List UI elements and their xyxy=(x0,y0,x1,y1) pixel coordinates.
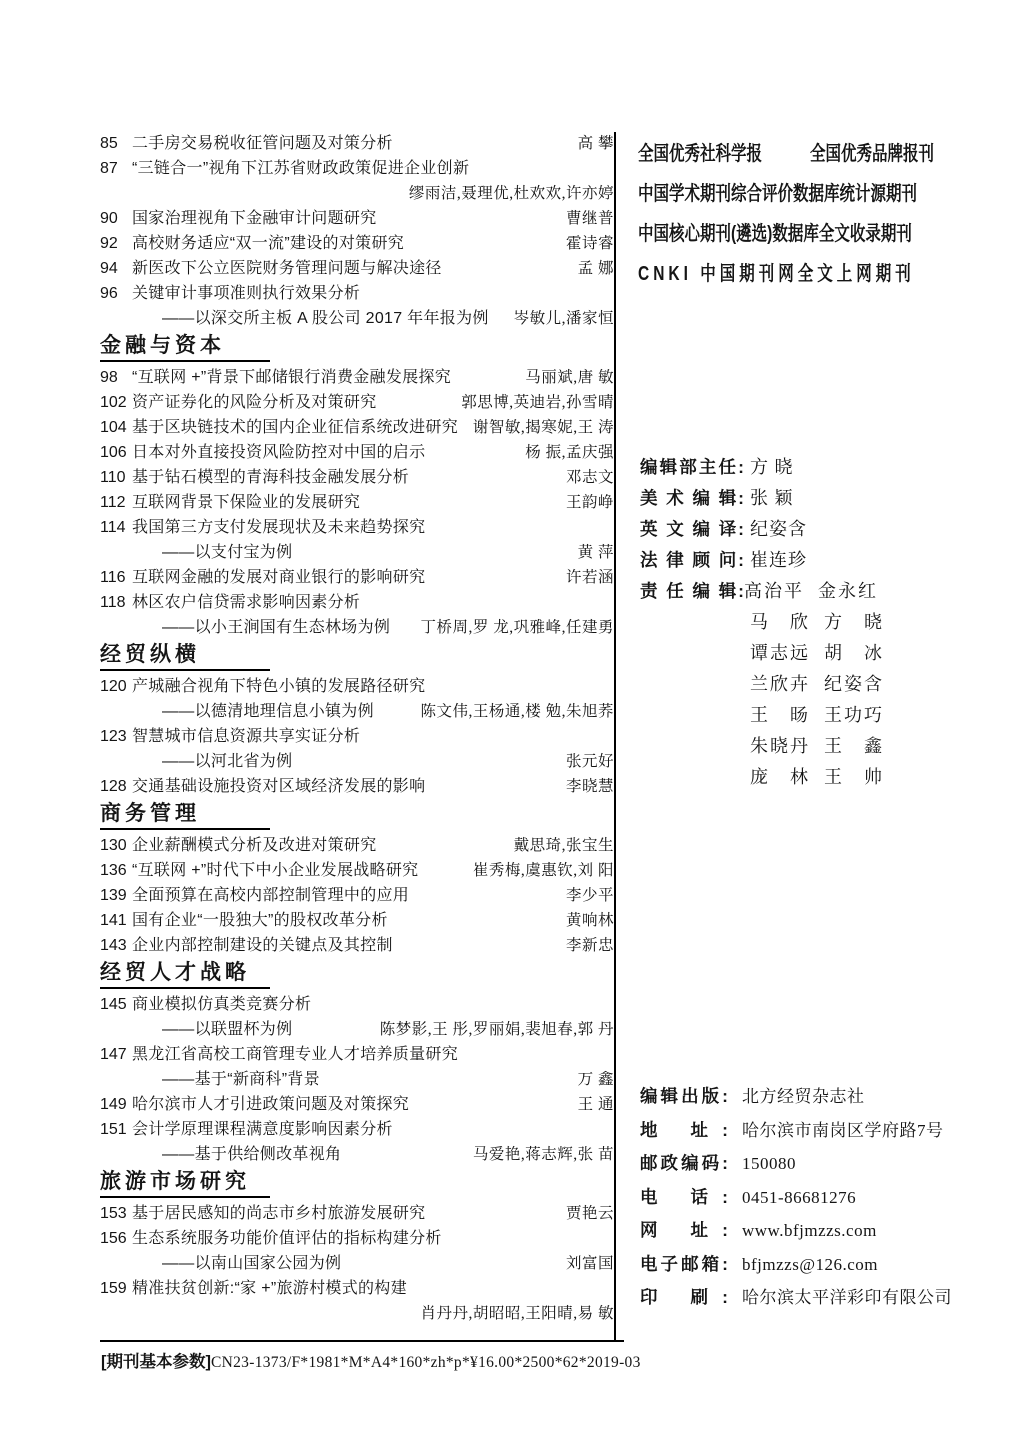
toc-entry-page-number: 151 xyxy=(100,1117,132,1142)
toc-entry-page-number: 128 xyxy=(100,774,132,799)
toc-entry-title: 企业内部控制建设的关键点及其控制 xyxy=(132,933,393,958)
toc-entry-title: 国有企业“一股独大”的股权改革分析 xyxy=(132,908,388,933)
toc-entry-subtitle-row: ——以河北省为例张元好 xyxy=(100,749,614,774)
editor-name: 方 晓 xyxy=(824,607,882,638)
editorial-person-name: 崔连珍 xyxy=(750,545,807,576)
toc-entry-authors: 缪雨洁,聂理优,杜欢欢,许亦婷 xyxy=(409,181,614,206)
toc-entry-subtitle-row: ——以南山国家公园为例刘富国 xyxy=(100,1251,614,1276)
award-text: 中国核心期刊(遴选)数据库全文收录期刊 xyxy=(638,218,912,247)
toc-entry-authors: 王韵峥 xyxy=(566,490,614,515)
toc-entry-authors: 郭思博,英迪岩,孙雪晴 xyxy=(461,390,614,415)
toc-entry-authors: 马丽斌,唐 敏 xyxy=(525,365,614,390)
toc-entry-page-number: 114 xyxy=(100,515,132,540)
toc-entry-authors: 陈文伟,王杨通,楼 勉,朱旭荞 xyxy=(420,699,614,724)
toc-entry-row: 112互联网背景下保险业的发展研究王韵峥 xyxy=(100,490,614,515)
toc-entry-authors: 曹继普 xyxy=(566,206,614,231)
toc-entry-subtitle-row: ——以德清地理信息小镇为例陈文伟,王杨通,楼 勉,朱旭荞 xyxy=(100,699,614,724)
toc-entry-authors: 高 攀 xyxy=(578,131,614,156)
toc-entry-authors: 肖丹丹,胡昭昭,王阳晴,易 敏 xyxy=(420,1301,614,1326)
toc-entry-title: 全面预算在高校内部控制管理中的应用 xyxy=(132,883,409,908)
toc-entry-page-number: 120 xyxy=(100,674,132,699)
editor-name: 庞 林 xyxy=(750,762,808,793)
publishing-field-value: 0451-86681276 xyxy=(742,1182,856,1215)
toc-entry-row: 118林区农户信贷需求影响因素分析 xyxy=(100,590,614,615)
toc-entry-page-number: 102 xyxy=(100,390,132,415)
toc-entry-row: 149哈尔滨市人才引进政策问题及对策探究王 通 xyxy=(100,1092,614,1117)
toc-section-heading: 经贸人才战略 xyxy=(100,961,270,989)
toc-entry-page-number: 87 xyxy=(100,156,132,181)
publishing-field-label: 印 刷: xyxy=(640,1281,728,1314)
footer-rule xyxy=(100,1340,624,1342)
publishing-field-value: 哈尔滨太平洋彩印有限公司 xyxy=(742,1282,952,1315)
editorial-person-name: 张 颖 xyxy=(750,483,794,514)
toc-entry-authors: 岑敏儿,潘家恒 xyxy=(514,306,614,331)
toc-entry-subtitle-row: ——以深交所主板 A 股公司 2017 年年报为例岑敏儿,潘家恒 xyxy=(100,306,614,331)
journal-awards: 全国优秀社科学报全国优秀品牌报刊中国学术期刊综合评价数据库统计源期刊中国核心期刊… xyxy=(638,132,934,292)
toc-entry-page-number: 112 xyxy=(100,490,132,515)
toc-entry-subtitle: ——以河北省为例 xyxy=(162,749,292,774)
toc-entry-row: 94新医改下公立医院财务管理问题与解决途径孟 娜 xyxy=(100,256,614,281)
publishing-field-value: 哈尔滨市南岗区学府路7号 xyxy=(742,1115,944,1148)
editor-name: 兰欣卉 xyxy=(750,669,808,700)
toc-entry-title: 基于钻石模型的青海科技金融发展分析 xyxy=(132,465,409,490)
toc-entry-page-number: 85 xyxy=(100,131,132,156)
toc-entry-row: 114我国第三方支付发展现状及未来趋势探究 xyxy=(100,515,614,540)
publishing-row: 电 话:0451-86681276 xyxy=(640,1181,952,1215)
toc-entry-authors-row: 肖丹丹,胡昭昭,王阳晴,易 敏 xyxy=(100,1301,614,1326)
publishing-field-label: 编辑出版: xyxy=(640,1080,728,1113)
toc-entry-title: “互联网 +”时代下中小企业发展战略研究 xyxy=(132,858,418,883)
journal-parameters-label: [期刊基本参数] xyxy=(101,1353,211,1371)
toc-entry-row: 87“三链合一”视角下江苏省财政政策促进企业创新 xyxy=(100,156,614,181)
toc-entry-row: 159精准扶贫创新:“家 +”旅游村模式的构建 xyxy=(100,1276,614,1301)
toc-entry-title: 企业薪酬模式分析及改进对策研究 xyxy=(132,833,377,858)
editorial-row: 王 旸王功巧 xyxy=(640,700,882,731)
toc-entry-subtitle: ——以德清地理信息小镇为例 xyxy=(162,699,374,724)
publishing-field-value: 150080 xyxy=(742,1148,796,1181)
toc-entry-row: 96关键审计事项准则执行效果分析 xyxy=(100,281,614,306)
toc-entry-row: 128交通基础设施投资对区域经济发展的影响李晓慧 xyxy=(100,774,614,799)
publishing-row: 网 址:www.bfjmzzs.com xyxy=(640,1214,952,1248)
publishing-field-label: 地 址: xyxy=(640,1114,728,1147)
toc-entry-title: 基于区块链技术的国内企业征信系统改进研究 xyxy=(132,415,458,440)
toc-entry-row: 120产城融合视角下特色小镇的发展路径研究 xyxy=(100,674,614,699)
publishing-field-label: 邮政编码: xyxy=(640,1147,728,1180)
toc-entry-subtitle: ——以深交所主板 A 股公司 2017 年年报为例 xyxy=(162,306,489,331)
toc-section-heading: 旅游市场研究 xyxy=(100,1170,270,1198)
toc-entry-subtitle: ——以小王涧国有生态林场为例 xyxy=(162,615,390,640)
toc-entry-title: 商业模拟仿真类竞赛分析 xyxy=(132,992,311,1017)
toc-entry-title: 产城融合视角下特色小镇的发展路径研究 xyxy=(132,674,425,699)
toc-entry-page-number: 130 xyxy=(100,833,132,858)
editorial-row: 责 任 编 辑:高治平金永红 xyxy=(640,576,882,607)
editor-name: 王 帅 xyxy=(824,762,882,793)
toc-section-heading: 商务管理 xyxy=(100,802,270,830)
award-text: 中国学术期刊综合评价数据库统计源期刊 xyxy=(638,178,917,207)
toc-entry-row: 147黑龙江省高校工商管理专业人才培养质量研究 xyxy=(100,1042,614,1067)
toc-entry-authors: 贾艳云 xyxy=(566,1201,614,1226)
toc-entry-page-number: 98 xyxy=(100,365,132,390)
toc-entry-authors: 邓志文 xyxy=(566,465,614,490)
toc-entry-page-number: 136 xyxy=(100,858,132,883)
journal-parameters-value: CN23-1373/F*1981*M*A4*160*zh*p*¥16.00*25… xyxy=(211,1354,641,1371)
toc-entry-page-number: 92 xyxy=(100,231,132,256)
publishing-info-block: 编辑出版:北方经贸杂志社地 址:哈尔滨市南岗区学府路7号邮政编码:150080电… xyxy=(640,1080,952,1315)
toc-entry-page-number: 110 xyxy=(100,465,132,490)
toc-entry-page-number: 147 xyxy=(100,1042,132,1067)
editorial-row: 兰欣卉纪姿含 xyxy=(640,669,882,700)
toc-entry-title: 日本对外直接投资风险防控对中国的启示 xyxy=(132,440,425,465)
award-line: CNKI 中国期刊网全文上网期刊 xyxy=(638,246,934,298)
toc-entry-title: 资产证券化的风险分析及对策研究 xyxy=(132,390,377,415)
toc-entry-row: 98“互联网 +”背景下邮储银行消费金融发展探究马丽斌,唐 敏 xyxy=(100,365,614,390)
editorial-row: 谭志远胡 冰 xyxy=(640,638,882,669)
toc-entry-authors: 万 鑫 xyxy=(578,1067,614,1092)
editor-name: 王 旸 xyxy=(750,700,808,731)
editorial-person-name: 方 晓 xyxy=(750,452,794,483)
editor-name: 朱晓丹 xyxy=(750,731,808,762)
editorial-role-label: 法 律 顾 问: xyxy=(640,545,744,576)
toc-entry-authors-row: 缪雨洁,聂理优,杜欢欢,许亦婷 xyxy=(100,181,614,206)
editor-name: 马 欣 xyxy=(750,607,808,638)
toc-entry-subtitle: ——以联盟杯为例 xyxy=(162,1017,292,1042)
toc-entry-authors: 谢智敏,揭寒妮,王 涛 xyxy=(473,415,614,440)
editorial-row: 法 律 顾 问:崔连珍 xyxy=(640,545,882,576)
toc-entry-page-number: 141 xyxy=(100,908,132,933)
toc-entry-title: “互联网 +”背景下邮储银行消费金融发展探究 xyxy=(132,365,451,390)
journal-toc-page: { "awards": { "lines": [ {"parts": ["全国优… xyxy=(0,0,1024,1448)
toc-entry-title: 林区农户信贷需求影响因素分析 xyxy=(132,590,360,615)
editor-name: 金永红 xyxy=(818,576,876,607)
toc-entry-subtitle: ——以南山国家公园为例 xyxy=(162,1251,341,1276)
toc-entry-title: 交通基础设施投资对区域经济发展的影响 xyxy=(132,774,425,799)
toc-entry-page-number: 149 xyxy=(100,1092,132,1117)
publishing-row: 地 址:哈尔滨市南岗区学府路7号 xyxy=(640,1114,952,1148)
award-text: 全国优秀社科学报 xyxy=(638,138,762,167)
toc-entry-title: “三链合一”视角下江苏省财政政策促进企业创新 xyxy=(132,156,469,181)
toc-entry-page-number: 94 xyxy=(100,256,132,281)
toc-entry-page-number: 156 xyxy=(100,1226,132,1251)
toc-entry-row: 116互联网金融的发展对商业银行的影响研究许若涵 xyxy=(100,565,614,590)
toc-entry-subtitle: ——基于供给侧改革视角 xyxy=(162,1142,341,1167)
editor-name: 王功巧 xyxy=(824,700,882,731)
toc-entry-row: 92高校财务适应“双一流”建设的对策研究霍诗睿 xyxy=(100,231,614,256)
toc-entry-row: 104基于区块链技术的国内企业征信系统改进研究谢智敏,揭寒妮,王 涛 xyxy=(100,415,614,440)
toc-entry-authors: 黄 萍 xyxy=(578,540,614,565)
toc-section-heading: 经贸纵横 xyxy=(100,643,270,671)
toc-entry-page-number: 96 xyxy=(100,281,132,306)
toc-entry-row: 153基于居民感知的尚志市乡村旅游发展研究贾艳云 xyxy=(100,1201,614,1226)
toc-entry-authors: 陈梦影,王 彤,罗丽娟,裴旭春,郭 丹 xyxy=(380,1017,614,1042)
toc-section-heading: 金融与资本 xyxy=(100,334,270,362)
toc-entry-row: 123智慧城市信息资源共享实证分析 xyxy=(100,724,614,749)
toc-entry-row: 106日本对外直接投资风险防控对中国的启示杨 振,孟庆强 xyxy=(100,440,614,465)
toc-entry-subtitle-row: ——以支付宝为例黄 萍 xyxy=(100,540,614,565)
toc-entry-title: 新医改下公立医院财务管理问题与解决途径 xyxy=(132,256,442,281)
toc-entry-title: 高校财务适应“双一流”建设的对策研究 xyxy=(132,231,404,256)
toc-column: 85二手房交易税收征管问题及对策分析高 攀87“三链合一”视角下江苏省财政政策促… xyxy=(100,131,614,1326)
toc-entry-row: 156生态系统服务功能价值评估的指标构建分析 xyxy=(100,1226,614,1251)
toc-entry-title: 会计学原理课程满意度影响因素分析 xyxy=(132,1117,393,1142)
editorial-person-name: 纪姿含 xyxy=(750,514,807,545)
toc-entry-title: 黑龙江省高校工商管理专业人才培养质量研究 xyxy=(132,1042,458,1067)
column-divider xyxy=(614,132,616,1341)
toc-entry-authors: 张元好 xyxy=(566,749,614,774)
editorial-row: 美 术 编 辑:张 颖 xyxy=(640,483,882,514)
toc-entry-title: 基于居民感知的尚志市乡村旅游发展研究 xyxy=(132,1201,425,1226)
toc-entry-title: 精准扶贫创新:“家 +”旅游村模式的构建 xyxy=(132,1276,407,1301)
toc-entry-page-number: 90 xyxy=(100,206,132,231)
toc-entry-subtitle: ——基于“新商科”背景 xyxy=(162,1067,320,1092)
editorial-row: 庞 林王 帅 xyxy=(640,762,882,793)
toc-entry-page-number: 123 xyxy=(100,724,132,749)
editor-name: 王 鑫 xyxy=(824,731,882,762)
publishing-field-value: www.bfjmzzs.com xyxy=(742,1215,877,1248)
toc-entry-authors: 李新忠 xyxy=(566,933,614,958)
publishing-row: 邮政编码:150080 xyxy=(640,1147,952,1181)
toc-entry-authors: 李晓慧 xyxy=(566,774,614,799)
toc-entry-authors: 黄响林 xyxy=(566,908,614,933)
toc-entry-page-number: 118 xyxy=(100,590,132,615)
toc-entry-title: 生态系统服务功能价值评估的指标构建分析 xyxy=(132,1226,442,1251)
toc-entry-authors: 王 通 xyxy=(578,1092,614,1117)
publishing-field-label: 电子邮箱: xyxy=(640,1248,728,1281)
award-text: 全国优秀品牌报刊 xyxy=(810,138,934,167)
toc-entry-subtitle-row: ——基于供给侧改革视角马爱艳,蒋志辉,张 苗 xyxy=(100,1142,614,1167)
toc-entry-row: 139全面预算在高校内部控制管理中的应用李少平 xyxy=(100,883,614,908)
editorial-role-label: 英 文 编 译: xyxy=(640,514,744,545)
toc-entry-page-number: 153 xyxy=(100,1201,132,1226)
journal-parameters: [期刊基本参数]CN23-1373/F*1981*M*A4*160*zh*p*¥… xyxy=(101,1349,641,1376)
editorial-row: 英 文 编 译:纪姿含 xyxy=(640,514,882,545)
editorial-role-label: 责 任 编 辑: xyxy=(640,576,744,607)
editor-name: 胡 冰 xyxy=(824,638,882,669)
toc-entry-subtitle-row: ——以小王涧国有生态林场为例丁桥周,罗 龙,巩雅峰,任建勇 xyxy=(100,615,614,640)
toc-entry-subtitle-row: ——以联盟杯为例陈梦影,王 彤,罗丽娟,裴旭春,郭 丹 xyxy=(100,1017,614,1042)
toc-entry-title: 互联网金融的发展对商业银行的影响研究 xyxy=(132,565,425,590)
editorial-row: 编辑部主任:方 晓 xyxy=(640,452,882,483)
editorial-role-label: 编辑部主任: xyxy=(640,452,744,483)
toc-entry-authors: 霍诗睿 xyxy=(566,231,614,256)
toc-entry-title: 国家治理视角下金融审计问题研究 xyxy=(132,206,377,231)
toc-entry-title: 哈尔滨市人才引进政策问题及对策探究 xyxy=(132,1092,409,1117)
toc-entry-title: 关键审计事项准则执行效果分析 xyxy=(132,281,360,306)
toc-entry-authors: 崔秀梅,虞惠钦,刘 阳 xyxy=(473,858,614,883)
publishing-field-value: 北方经贸杂志社 xyxy=(742,1081,865,1114)
editorial-staff-block: 编辑部主任:方 晓美 术 编 辑:张 颖英 文 编 译:纪姿含法 律 顾 问:崔… xyxy=(640,452,882,793)
toc-entry-row: 151会计学原理课程满意度影响因素分析 xyxy=(100,1117,614,1142)
toc-entry-title: 我国第三方支付发展现状及未来趋势探究 xyxy=(132,515,425,540)
toc-entry-row: 141国有企业“一股独大”的股权改革分析黄响林 xyxy=(100,908,614,933)
toc-entry-page-number: 145 xyxy=(100,992,132,1017)
toc-entry-row: 110基于钻石模型的青海科技金融发展分析邓志文 xyxy=(100,465,614,490)
toc-entry-page-number: 159 xyxy=(100,1276,132,1301)
editor-name: 纪姿含 xyxy=(824,669,882,700)
toc-entry-page-number: 106 xyxy=(100,440,132,465)
toc-entry-authors: 丁桥周,罗 龙,巩雅峰,任建勇 xyxy=(420,615,614,640)
toc-entry-title: 二手房交易税收征管问题及对策分析 xyxy=(132,131,393,156)
editorial-row: 朱晓丹王 鑫 xyxy=(640,731,882,762)
editor-name: 高治平 xyxy=(744,576,802,607)
toc-entry-page-number: 143 xyxy=(100,933,132,958)
toc-entry-title: 智慧城市信息资源共享实证分析 xyxy=(132,724,360,749)
toc-entry-authors: 马爱艳,蒋志辉,张 苗 xyxy=(473,1142,614,1167)
publishing-field-label: 电 话: xyxy=(640,1181,728,1214)
publishing-row: 电子邮箱:bfjmzzs@126.com xyxy=(640,1248,952,1282)
publishing-row: 编辑出版:北方经贸杂志社 xyxy=(640,1080,952,1114)
toc-entry-authors: 戴思琦,张宝生 xyxy=(514,833,614,858)
publishing-field-label: 网 址: xyxy=(640,1214,728,1247)
toc-entry-row: 102资产证券化的风险分析及对策研究郭思博,英迪岩,孙雪晴 xyxy=(100,390,614,415)
toc-entry-subtitle-row: ——基于“新商科”背景万 鑫 xyxy=(100,1067,614,1092)
toc-entry-row: 145商业模拟仿真类竞赛分析 xyxy=(100,992,614,1017)
toc-entry-subtitle: ——以支付宝为例 xyxy=(162,540,292,565)
award-text: CNKI 中国期刊网全文上网期刊 xyxy=(638,258,915,287)
editorial-row: 马 欣方 晓 xyxy=(640,607,882,638)
toc-entry-authors: 杨 振,孟庆强 xyxy=(525,440,614,465)
toc-entry-authors: 李少平 xyxy=(566,883,614,908)
toc-entry-page-number: 104 xyxy=(100,415,132,440)
toc-entry-title: 互联网背景下保险业的发展研究 xyxy=(132,490,360,515)
publishing-field-value: bfjmzzs@126.com xyxy=(742,1249,878,1282)
toc-entry-row: 130企业薪酬模式分析及改进对策研究戴思琦,张宝生 xyxy=(100,833,614,858)
toc-entry-authors: 孟 娜 xyxy=(578,256,614,281)
toc-entry-authors: 刘富国 xyxy=(566,1251,614,1276)
toc-entry-row: 85二手房交易税收征管问题及对策分析高 攀 xyxy=(100,131,614,156)
toc-entry-authors: 许若涵 xyxy=(566,565,614,590)
toc-entry-row: 136“互联网 +”时代下中小企业发展战略研究崔秀梅,虞惠钦,刘 阳 xyxy=(100,858,614,883)
editor-name: 谭志远 xyxy=(750,638,808,669)
toc-entry-page-number: 116 xyxy=(100,565,132,590)
publishing-row: 印 刷:哈尔滨太平洋彩印有限公司 xyxy=(640,1281,952,1315)
toc-entry-page-number: 139 xyxy=(100,883,132,908)
toc-entry-row: 90国家治理视角下金融审计问题研究曹继普 xyxy=(100,206,614,231)
editorial-role-label: 美 术 编 辑: xyxy=(640,483,744,514)
toc-entry-row: 143企业内部控制建设的关键点及其控制李新忠 xyxy=(100,933,614,958)
